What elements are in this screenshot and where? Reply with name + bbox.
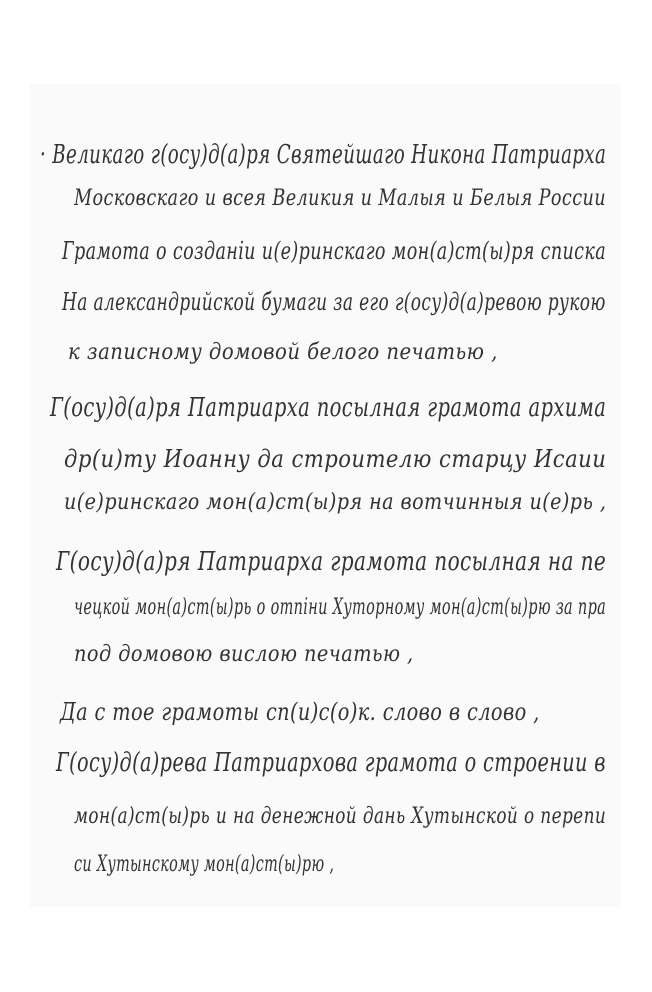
manuscript-line-2: Московскаго и всея Великия и Малыя и Бел… — [74, 186, 606, 211]
manuscript-line-8: и(е)ринскаго мон(а)ст(ы)ря на вотчинныя … — [64, 490, 606, 515]
manuscript-line-13: Г(осу)д(а)рева Патриархова грамота о стр… — [56, 748, 606, 778]
manuscript-line-9: Г(осу)д(а)ря Патриарха грамота посылная … — [56, 547, 606, 577]
manuscript-line-14: мон(а)ст(ы)рь и на денежной дань Хутынск… — [74, 804, 606, 829]
manuscript-line-5: к записному домовой белого печатью , — [68, 340, 498, 365]
manuscript-line-6: Г(осу)д(а)ря Патриарха посылная грамота … — [50, 393, 606, 423]
manuscript-line-1: · Великаго г(осу)д(а)ря Святейшаго Никон… — [40, 140, 606, 170]
manuscript-line-10: чецкой мон(а)ст(ы)рь о отпіни Хуторному … — [74, 595, 606, 620]
manuscript-line-4: На александрийской бумаги за его г(осу)д… — [62, 288, 606, 316]
manuscript-line-3: Грамота о созданіи и(е)ринскаго мон(а)ст… — [62, 237, 606, 265]
manuscript-line-12: Да с тое грамоты сп(и)с(о)к. слово в сло… — [60, 698, 540, 726]
manuscript-line-15: си Хутынскому мон(а)ст(ы)рю , — [74, 852, 334, 877]
manuscript-line-11: под домовою вислою печатью , — [74, 642, 414, 667]
manuscript-line-7: др(и)ту Иоанну да строителю старцу Исаии — [64, 445, 606, 473]
